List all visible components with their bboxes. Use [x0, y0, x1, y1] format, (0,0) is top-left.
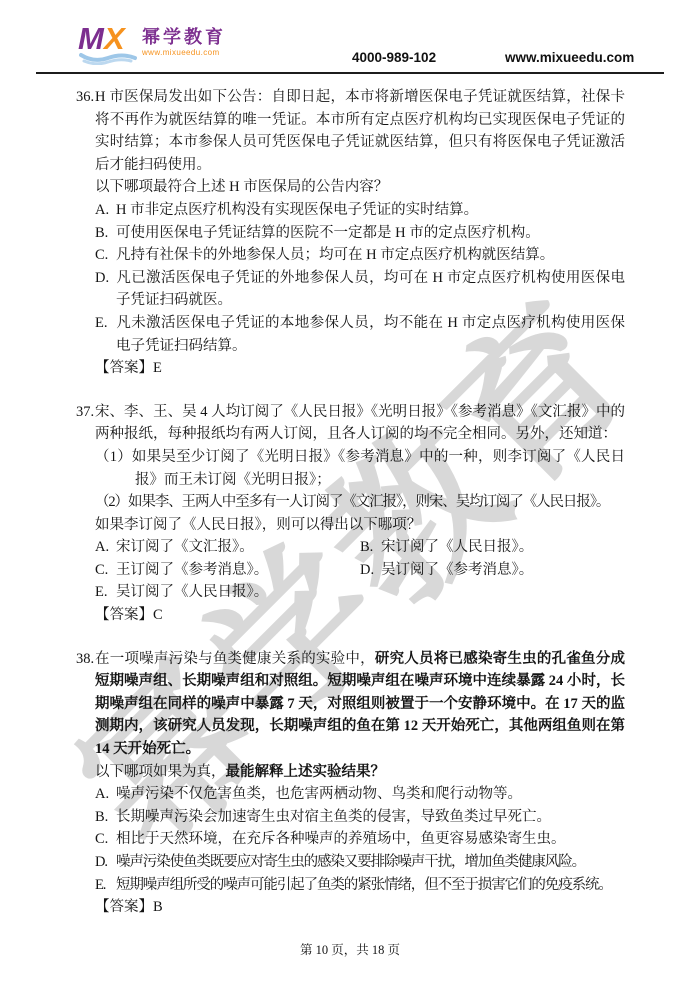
option-text: 凡已激活医保电子凭证的外地参保人员，均可在 H 市定点医疗机构使用医保电子凭证扫…	[116, 270, 625, 309]
question-body: H 市医保局发出如下公告：自即日起，本市将新增医保电子凭证就医结算，社保卡将不再…	[95, 86, 625, 176]
question-stem-bold: 最能解释上述实验结果？	[226, 764, 386, 780]
answer-value: E	[153, 360, 162, 376]
option: C.凡持有社保卡的外地参保人员；均可在 H 市定点医疗机构就医结算。	[95, 244, 625, 267]
option: C.相比于天然环境，在充斥各种噪声的养殖场中，鱼更容易感染寄生虫。	[95, 828, 625, 851]
option: E.凡未激活医保电子凭证的本地参保人员，均不能在 H 市定点医疗机构使用医保电子…	[95, 312, 625, 357]
option-text: 宋订阅了《文汇报》。	[116, 539, 254, 555]
option-text: H 市非定点医疗机构没有实现医保电子凭证的实时结算。	[116, 202, 478, 218]
brand-url: www.mixueedu.com	[142, 48, 226, 57]
question-number: 38.	[76, 648, 95, 919]
question-body-normal: 在一项噪声污染与鱼类健康关系的实验中，	[95, 651, 375, 667]
option-text: 宋订阅了《人民日报》。	[381, 539, 533, 555]
answer-value: C	[153, 607, 163, 623]
option-label: A.	[95, 783, 116, 806]
option: A.噪声污染不仅危害鱼类，也危害两栖动物、鸟类和爬行动物等。	[95, 783, 625, 806]
answer-prefix: 【答案】	[95, 607, 153, 623]
condition-clause: （2）如果李、王两人中至多有一人订阅了《文汇报》，则宋、吴均订阅了《人民日报》。	[95, 491, 625, 514]
header-website: www.mixueedu.com	[505, 50, 634, 65]
document-page: 幂学教育 M X 幂学教育 www.mixueedu.com 4000-989-…	[0, 0, 700, 992]
option-label: A.	[95, 536, 116, 559]
option-text: 王订阅了《参考消息》。	[116, 562, 268, 578]
brand-logo: M X 幂学教育 www.mixueedu.com	[78, 24, 226, 64]
question-number: 37.	[76, 401, 95, 627]
option-text: 噪声污染使鱼类既要应对寄生虫的感染又要排除噪声干扰，增加鱼类健康风险。	[116, 854, 585, 870]
question-stem: 以下哪项最符合上述 H 市医保局的公告内容？	[95, 176, 625, 199]
question-stem: 如果李订阅了《人民日报》，则可以得出以下哪项？	[95, 514, 625, 537]
question-body: 在一项噪声污染与鱼类健康关系的实验中，研究人员将已感染寄生虫的孔雀鱼分成短期噪声…	[95, 648, 625, 761]
answer-prefix: 【答案】	[95, 899, 153, 915]
option-text: 凡持有社保卡的外地参保人员；均可在 H 市定点医疗机构就医结算。	[116, 247, 554, 263]
condition-clause: （1）如果吴至少订阅了《光明日报》《参考消息》中的一种，则李订阅了《人民日报》而…	[95, 446, 625, 491]
option: D.吴订阅了《参考消息》。	[360, 559, 625, 582]
option: B.可使用医保电子凭证结算的医院不一定都是 H 市的定点医疗机构。	[95, 222, 625, 245]
option: A.H 市非定点医疗机构没有实现医保电子凭证的实时结算。	[95, 199, 625, 222]
logo-letter-x: X	[104, 24, 125, 54]
question-38: 38. 在一项噪声污染与鱼类健康关系的实验中，研究人员将已感染寄生虫的孔雀鱼分成…	[76, 648, 625, 919]
answer-line: 【答案】E	[95, 357, 625, 380]
option-label: E.	[95, 581, 116, 604]
question-36: 36. H 市医保局发出如下公告：自即日起，本市将新增医保电子凭证就医结算，社保…	[76, 86, 625, 380]
option-text: 吴订阅了《人民日报》。	[116, 584, 268, 600]
option-text: 长期噪声污染会加速寄生虫对宿主鱼类的侵害，导致鱼类过早死亡。	[116, 809, 551, 825]
option-label: C.	[95, 244, 116, 267]
option: B.宋订阅了《人民日报》。	[360, 536, 625, 559]
option-label: E.	[95, 874, 116, 897]
answer-line: 【答案】C	[95, 604, 625, 627]
option-label: C.	[95, 828, 116, 851]
option-text: 噪声污染不仅危害鱼类，也危害两栖动物、鸟类和爬行动物等。	[116, 786, 522, 802]
answer-value: B	[153, 899, 163, 915]
question-body: 宋、李、王、吴 4 人均订阅了《人民日报》《光明日报》《参考消息》《文汇报》中的…	[95, 401, 625, 446]
option: B.长期噪声污染会加速寄生虫对宿主鱼类的侵害，导致鱼类过早死亡。	[95, 806, 625, 829]
brand-name: 幂学教育	[142, 28, 226, 48]
option: E.吴订阅了《人民日报》。	[95, 581, 625, 604]
option: D.凡已激活医保电子凭证的外地参保人员，均可在 H 市定点医疗机构使用医保电子凭…	[95, 267, 625, 312]
option-label: D.	[95, 267, 116, 290]
page-indicator: 第 10 页，共 18 页	[0, 940, 700, 958]
answer-line: 【答案】B	[95, 896, 625, 919]
answer-prefix: 【答案】	[95, 360, 153, 376]
option-label: D.	[360, 559, 381, 582]
question-number: 36.	[76, 86, 95, 380]
option: E.短期噪声组所受的噪声可能引起了鱼类的紧张情绪，但不至于损害它们的免疫系统。	[95, 874, 625, 897]
logo-letter-m: M	[78, 24, 104, 54]
header-phone: 4000-989-102	[352, 50, 436, 65]
brand-text: 幂学教育 www.mixueedu.com	[142, 24, 226, 57]
option-text: 可使用医保电子凭证结算的医院不一定都是 H 市的定点医疗机构。	[116, 225, 540, 241]
question-37: 37. 宋、李、王、吴 4 人均订阅了《人民日报》《光明日报》《参考消息》《文汇…	[76, 401, 625, 627]
option-text: 相比于天然环境，在充斥各种噪声的养殖场中，鱼更容易感染寄生虫。	[116, 831, 566, 847]
option-text: 短期噪声组所受的噪声可能引起了鱼类的紧张情绪，但不至于损害它们的免疫系统。	[116, 877, 612, 893]
question-stem-normal: 以下哪项如果为真，	[95, 764, 226, 780]
option: C.王订阅了《参考消息》。	[95, 559, 360, 582]
header-rule	[36, 72, 664, 74]
option-label: E.	[95, 312, 116, 335]
option-text: 凡未激活医保电子凭证的本地参保人员，均不能在 H 市定点医疗机构使用医保电子凭证…	[116, 315, 625, 354]
question-stem: 以下哪项如果为真，最能解释上述实验结果？	[95, 761, 625, 784]
option-text: 吴订阅了《参考消息》。	[381, 562, 533, 578]
option-label: A.	[95, 199, 116, 222]
logo-swoosh-icon	[79, 51, 137, 65]
option-label: B.	[95, 806, 116, 829]
content: 36. H 市医保局发出如下公告：自即日起，本市将新增医保电子凭证就医结算，社保…	[76, 86, 625, 919]
option-label: B.	[360, 536, 381, 559]
option-label: C.	[95, 559, 116, 582]
option: A.宋订阅了《文汇报》。	[95, 536, 360, 559]
option-label: D.	[95, 851, 116, 874]
option: D.噪声污染使鱼类既要应对寄生虫的感染又要排除噪声干扰，增加鱼类健康风险。	[95, 851, 625, 874]
option-label: B.	[95, 222, 116, 245]
logo-mx: M X	[78, 24, 138, 64]
